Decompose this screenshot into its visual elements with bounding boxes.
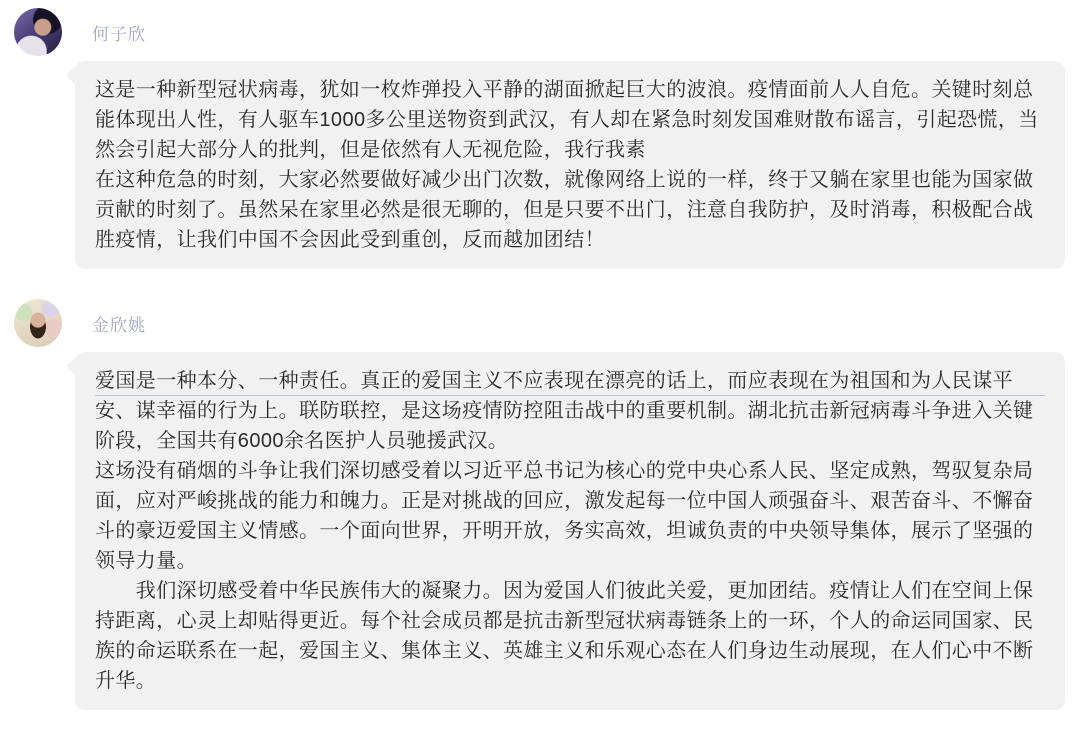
message-paragraph: 爱国是一种本分、一种责任。真正的爱国主义不应表现在漂亮的话上，而应表现在为祖国和… [95, 366, 1045, 456]
comment-item: 何子欣 这是一种新型冠状病毒，犹如一枚炸弹投入平静的湖面掀起巨大的波浪。疫情面前… [14, 8, 1065, 269]
message-bubble: 爱国是一种本分、一种责任。真正的爱国主义不应表现在漂亮的话上，而应表现在为祖国和… [75, 352, 1065, 710]
first-line-underline [95, 395, 1045, 396]
avatar[interactable] [14, 299, 62, 347]
message-paragraph: 在这种危急的时刻，大家必然要做好减少出门次数，就像网络上说的一样，终于又躺在家里… [95, 165, 1045, 255]
message-paragraph: 这场没有硝烟的斗争让我们深切感受着以习近平总书记为核心的党中央心系人民、坚定成熟… [95, 456, 1045, 576]
comment-header: 金欣姚 [14, 299, 1065, 347]
message-bubble: 这是一种新型冠状病毒，犹如一枚炸弹投入平静的湖面掀起巨大的波浪。疫情面前人人自危… [75, 61, 1065, 269]
author-name: 何子欣 [92, 20, 146, 45]
comment-thread: 何子欣 这是一种新型冠状病毒，犹如一枚炸弹投入平静的湖面掀起巨大的波浪。疫情面前… [0, 0, 1080, 729]
author-name: 金欣姚 [92, 311, 146, 336]
comment-item: 金欣姚 爱国是一种本分、一种责任。真正的爱国主义不应表现在漂亮的话上，而应表现在… [14, 299, 1065, 710]
avatar[interactable] [14, 8, 62, 56]
message-paragraph: 我们深切感受着中华民族伟大的凝聚力。因为爱国人们彼此关爱，更加团结。疫情让人们在… [95, 576, 1045, 696]
comment-header: 何子欣 [14, 8, 1065, 56]
message-paragraph-text: 爱国是一种本分、一种责任。真正的爱国主义不应表现在漂亮的话上，而应表现在为祖国和… [95, 370, 1033, 452]
message-paragraph: 这是一种新型冠状病毒，犹如一枚炸弹投入平静的湖面掀起巨大的波浪。疫情面前人人自危… [95, 75, 1045, 165]
